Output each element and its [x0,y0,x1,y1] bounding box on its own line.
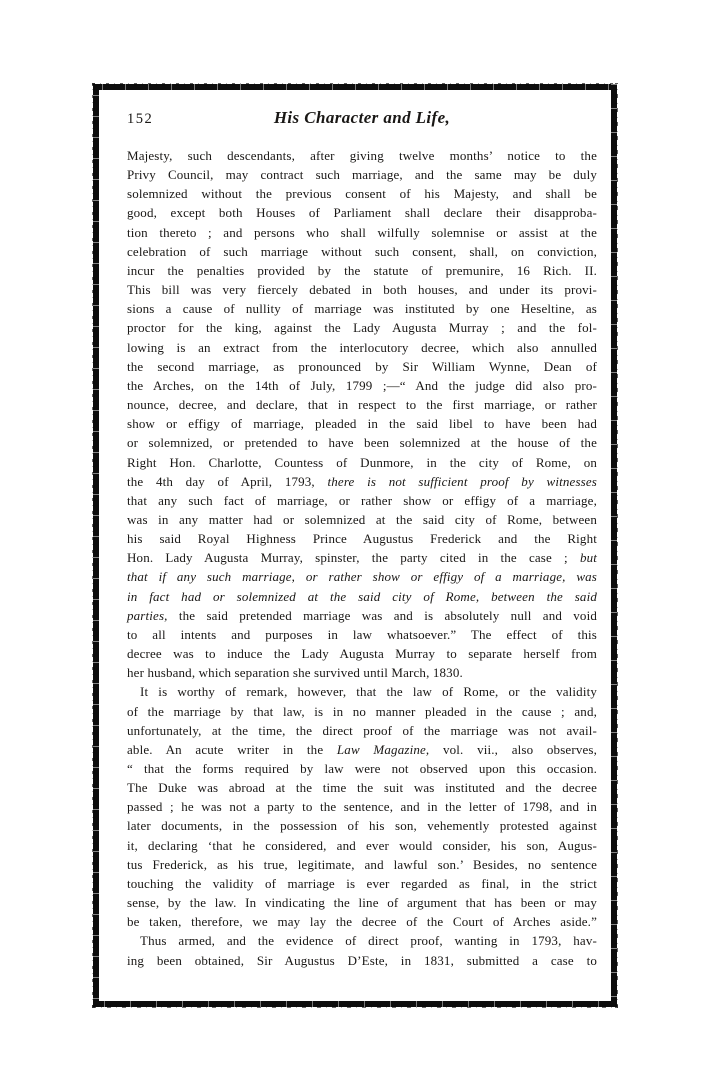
text-run: or solemnized, or pretended to have been… [127,435,597,450]
text-line: decree was to induce the Lady Augusta Mu… [127,644,597,663]
text-run: tus Frederick, as his true, legitimate, … [127,857,597,872]
text-line: The Duke was abroad at the time the suit… [127,778,597,797]
text-line: parties, the said pretended marriage was… [127,606,597,625]
page-border-frame: 152 His Character and Life, Majesty, suc… [93,84,617,1007]
text-line: his said Royal Highness Prince Augustus … [127,529,597,548]
text-line: lowing is an extract from the interlocut… [127,338,597,357]
body-text: Majesty, such descendants, after giving … [127,146,597,970]
text-run: tion thereto ; and persons who shall wil… [127,225,597,240]
text-line: incur the penalties provided by the stat… [127,261,597,280]
text-run-italic: there is not sufficient proof by witness… [327,474,597,489]
text-line: her husband, which separation she surviv… [127,663,597,682]
text-run: decree was to induce the Lady Augusta Mu… [127,646,597,661]
text-line: good, except both Houses of Parliament s… [127,203,597,222]
text-line: to all intents and purposes in law whats… [127,625,597,644]
text-run: solemnized without the previous consent … [127,186,597,201]
text-line: Right Hon. Charlotte, Countess of Dunmor… [127,453,597,472]
text-line: Privy Council, may contract such marriag… [127,165,597,184]
text-line: tus Frederick, as his true, legitimate, … [127,855,597,874]
text-line: that if any such marriage, or rather sho… [127,567,597,586]
text-line: Thus armed, and the evidence of direct p… [127,931,597,950]
text-line: nounce, decree, and declare, that in res… [127,395,597,414]
text-line: of the marriage by that law, is in no ma… [127,702,597,721]
text-line: celebration of such marriage without suc… [127,242,597,261]
text-run: later documents, in the possession of hi… [127,818,597,833]
text-line: “ that the forms required by law were no… [127,759,597,778]
text-run: it, declaring ‘that he considered, and e… [127,838,597,853]
text-line: passed ; he was not a party to the sente… [127,797,597,816]
text-line: sions a cause of nullity of marriage was… [127,299,597,318]
text-line: able. An acute writer in the Law Magazin… [127,740,597,759]
text-run: proctor for the king, against the Lady A… [127,320,597,335]
text-line: solemnized without the previous consent … [127,184,597,203]
text-run: ing been obtained, Sir Augustus D’Este, … [127,953,597,968]
text-line: in fact had or solemnized at the said ci… [127,587,597,606]
text-run: sions a cause of nullity of marriage was… [127,301,597,316]
text-line: show or effigy of marriage, pleaded in t… [127,414,597,433]
text-run: the 4th day of April, 1793, [127,474,327,489]
text-line: tion thereto ; and persons who shall wil… [127,223,597,242]
text-run: to all intents and purposes in law whats… [127,627,597,642]
text-run: good, except both Houses of Parliament s… [127,205,597,220]
page-number: 152 [127,111,187,128]
text-line: proctor for the king, against the Lady A… [127,318,597,337]
page-header: 152 His Character and Life, [127,108,597,130]
text-line: the Arches, on the 14th of July, 1799 ;—… [127,376,597,395]
text-line: the 4th day of April, 1793, there is not… [127,472,597,491]
text-run: nounce, decree, and declare, that in res… [127,397,597,412]
text-line: It is worthy of remark, however, that th… [127,682,597,701]
text-run: The Duke was abroad at the time the suit… [127,780,597,795]
text-run: the second marriage, as pronounced by Si… [127,359,597,374]
text-line: unfortunately, at the time, the direct p… [127,721,597,740]
text-run-italic: in fact had or solemnized at the said ci… [127,589,597,604]
text-line: sense, by the law. In vindicating the li… [127,893,597,912]
text-run: Right Hon. Charlotte, Countess of Dunmor… [127,455,597,470]
text-run: passed ; he was not a party to the sente… [127,799,597,814]
text-run-italic: Law Magazine, [337,742,429,757]
text-line: was in any matter had or solemnized at t… [127,510,597,529]
text-run: his said Royal Highness Prince Augustus … [127,531,597,546]
text-run: “ that the forms required by law were no… [127,761,597,776]
text-run-italic: but [580,550,597,565]
scanned-page: 152 His Character and Life, Majesty, suc… [0,0,715,1089]
text-run-italic: that if any such marriage, or rather sho… [127,569,597,584]
text-line: ing been obtained, Sir Augustus D’Este, … [127,951,597,970]
text-run: unfortunately, at the time, the direct p… [127,723,597,738]
text-run: her husband, which separation she surviv… [127,665,463,680]
text-line: the second marriage, as pronounced by Si… [127,357,597,376]
text-line: This bill was very fiercely debated in b… [127,280,597,299]
text-run-italic: parties, [127,608,168,623]
text-run: touching the validity of marriage is eve… [127,876,597,891]
text-run: Hon. Lady Augusta Murray, spinster, the … [127,550,580,565]
text-line: later documents, in the possession of hi… [127,816,597,835]
text-line: be taken, therefore, we may lay the decr… [127,912,597,931]
text-run: incur the penalties provided by the stat… [127,263,597,278]
text-line: it, declaring ‘that he considered, and e… [127,836,597,855]
text-run: that any such fact of marriage, or rathe… [127,493,597,508]
text-run: Thus armed, and the evidence of direct p… [140,933,597,948]
text-run: Privy Council, may contract such marriag… [127,167,597,182]
text-line: that any such fact of marriage, or rathe… [127,491,597,510]
running-head: His Character and Life, [187,108,537,128]
text-run: the Arches, on the 14th of July, 1799 ;—… [127,378,597,393]
page-content: 152 His Character and Life, Majesty, suc… [127,108,597,970]
text-run: able. An acute writer in the [127,742,337,757]
text-run: celebration of such marriage without suc… [127,244,597,259]
text-line: touching the validity of marriage is eve… [127,874,597,893]
text-line: Hon. Lady Augusta Murray, spinster, the … [127,548,597,567]
text-run: lowing is an extract from the interlocut… [127,340,597,355]
text-run: show or effigy of marriage, pleaded in t… [127,416,597,431]
text-run: sense, by the law. In vindicating the li… [127,895,597,910]
text-run: vol. vii., also observes, [429,742,597,757]
text-line: or solemnized, or pretended to have been… [127,433,597,452]
text-run: Majesty, such descendants, after giving … [127,148,597,163]
text-run: It is worthy of remark, however, that th… [140,684,597,699]
text-run: of the marriage by that law, is in no ma… [127,704,597,719]
text-run: the said pretended marriage was and is a… [168,608,597,623]
text-run: be taken, therefore, we may lay the decr… [127,914,597,929]
text-run: was in any matter had or solemnized at t… [127,512,597,527]
text-line: Majesty, such descendants, after giving … [127,146,597,165]
text-run: This bill was very fiercely debated in b… [127,282,597,297]
